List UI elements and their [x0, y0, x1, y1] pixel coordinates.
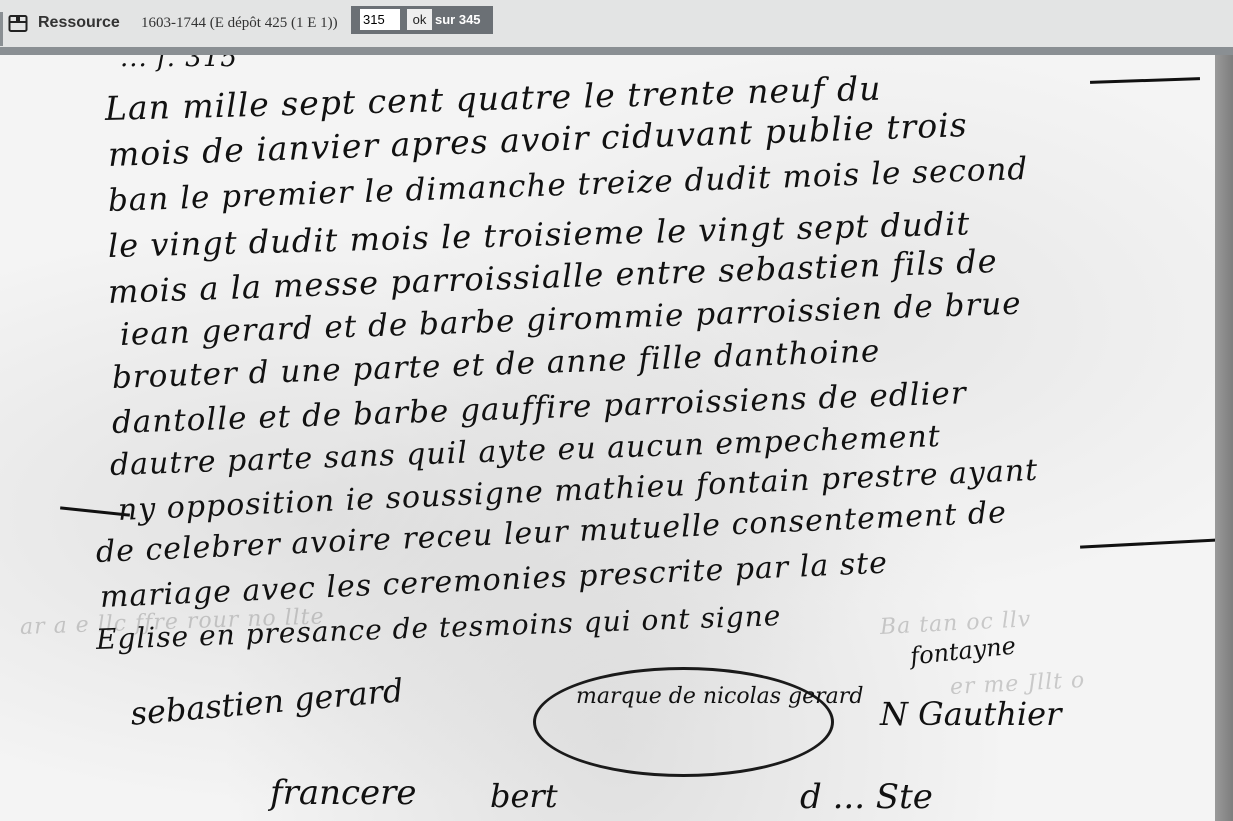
resource-title: Ressource — [38, 14, 120, 32]
signature-francere: francere — [270, 773, 417, 813]
signature-bert: bert — [490, 777, 558, 815]
signature-n-gauthier: N Gauthier — [880, 695, 1061, 733]
header-edge — [0, 12, 3, 46]
header-fragment: ... f. 315 — [120, 55, 238, 73]
signature-unknown: d ... Ste — [800, 777, 933, 817]
page-number-input[interactable] — [360, 9, 400, 30]
ink-stroke — [1090, 77, 1200, 84]
ink-stroke — [1080, 538, 1220, 548]
viewer-header: Ressource 1603-1744 (E dépôt 425 (1 E 1)… — [0, 0, 1233, 47]
resource-subtitle: 1603-1744 (E dépôt 425 (1 E 1)) — [141, 15, 338, 32]
signature-mark-oval: marque de nicolas gerard — [533, 667, 834, 777]
page-binding-edge — [1215, 55, 1233, 821]
signature-marque-nicolas-gerard: marque de nicolas gerard — [576, 684, 863, 709]
archive-box-icon — [8, 13, 28, 33]
signature-sebastien-gerard: sebastien gerard — [129, 671, 405, 733]
page-navigator: ok sur 345 — [351, 6, 493, 34]
go-to-page-button[interactable]: ok — [407, 9, 432, 30]
header-divider — [0, 47, 1233, 55]
page-total: sur 345 — [435, 12, 481, 27]
manuscript-image[interactable]: ar a e llc ffre rour no llte Ba tan oc l… — [0, 55, 1233, 821]
